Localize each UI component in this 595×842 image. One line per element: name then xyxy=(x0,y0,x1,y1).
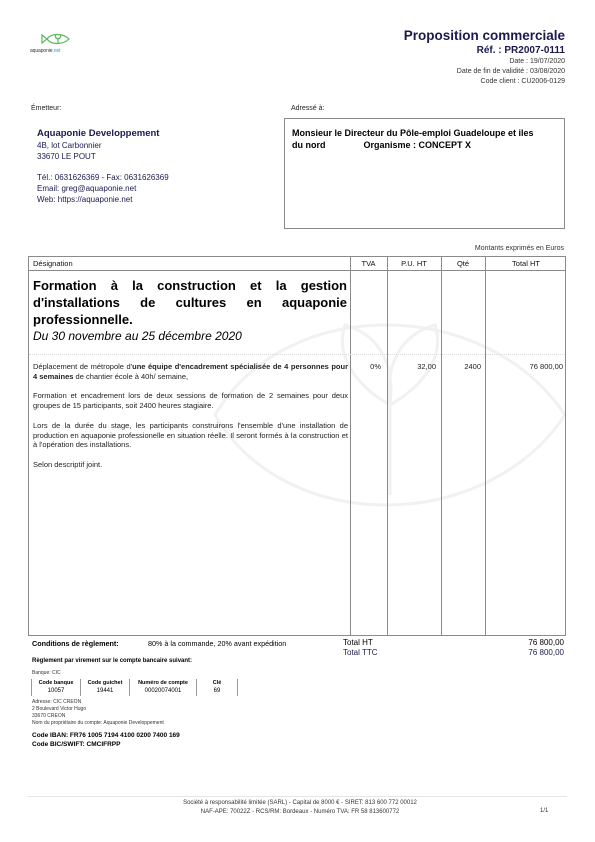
logo-text: aquaponie.net xyxy=(30,48,60,54)
items-table: Désignation TVA P.U. HT Qté Total HT For… xyxy=(28,256,566,636)
item-qte: 2400 xyxy=(441,362,481,371)
currency-note: Montants exprimés en Euros xyxy=(475,245,564,252)
header-pu-ht: P.U. HT xyxy=(387,259,441,268)
item-pu-ht: 32,00 xyxy=(387,362,436,371)
document-reference: Réf. : PR2007-0111 xyxy=(404,44,565,57)
total-ht-label: Total HT xyxy=(343,638,373,648)
footer-line-2: NAF-APE: 70022Z - RCS/RM: Bordeaux - Num… xyxy=(100,808,500,817)
header-total-ht: Total HT xyxy=(485,259,567,268)
header-qte: Qté xyxy=(441,259,485,268)
column-divider xyxy=(387,257,388,635)
recipient-line-1: Monsieur le Directeur du Pôle-emploi Gua… xyxy=(292,127,557,139)
footer: Société à responsabilité limitée (SARL) … xyxy=(100,799,500,816)
client-code: Code client : CU2006-0129 xyxy=(404,77,565,87)
sender-web: Web: https://aquaponie.net xyxy=(37,194,169,205)
validity-date: Date de fin de validité : 03/08/2020 xyxy=(404,67,565,77)
recipient-line-2: du nord xyxy=(292,140,326,150)
document-date: Date : 19/07/2020 xyxy=(404,57,565,67)
header-designation: Désignation xyxy=(33,259,73,268)
sender-phone: Tél.: 0631626369 - Fax: 0631626369 xyxy=(37,172,169,183)
bic: Code BIC/SWIFT: CMCIFRPP xyxy=(32,740,180,749)
conditions-label: Conditions de règlement: xyxy=(32,639,148,648)
iban: Code IBAN: FR76 1005 7194 4100 0200 7400… xyxy=(32,731,180,740)
row-separator xyxy=(29,354,565,355)
fish-logo-icon xyxy=(41,32,71,46)
sender-label: Émetteur: xyxy=(31,105,61,112)
company-logo: aquaponie.net xyxy=(30,30,78,58)
sender-block: Aquaponie Developpement 4B, lot Carbonni… xyxy=(37,128,169,205)
bank-address: Adresse: CIC CREON 2 Boulevard Victor Hu… xyxy=(32,699,164,727)
sender-address-1: 4B, lot Carbonnier xyxy=(37,140,169,151)
total-ttc-label: Total TTC xyxy=(343,648,378,658)
footer-line-1: Société à responsabilité limitée (SARL) … xyxy=(100,799,500,808)
bank-details-table: Code banque10057 Code guichet19441 Numér… xyxy=(31,679,238,696)
header-tva: TVA xyxy=(350,259,387,268)
document-title: Proposition commerciale xyxy=(404,28,565,44)
bank-name: Banque: CIC xyxy=(32,670,61,676)
sender-address-2: 33670 LE POUT xyxy=(37,151,169,162)
sender-name: Aquaponie Developpement xyxy=(37,128,169,140)
totals: Total HT76 800,00 Total TTC76 800,00 xyxy=(343,638,564,658)
item-tva: 0% xyxy=(350,362,381,371)
item-title: Formation à la construction et la gestio… xyxy=(33,277,347,328)
item-dates: Du 30 novembre au 25 décembre 2020 xyxy=(33,329,242,344)
item-description: Déplacement de métropole d'une équipe d'… xyxy=(33,362,348,480)
page-number: 1/1 xyxy=(540,808,548,814)
recipient-organisme: Organisme : CONCEPT X xyxy=(364,140,472,150)
conditions-value: 80% à la commande, 20% avant expédition xyxy=(148,639,286,648)
recipient-label: Adressé à: xyxy=(291,105,324,112)
transfer-label: Règlement par virement sur le compte ban… xyxy=(32,658,192,664)
table-header: Désignation TVA P.U. HT Qté Total HT xyxy=(29,257,565,271)
sender-email: Email: greg@aquaponie.net xyxy=(37,183,169,194)
total-ht-value: 76 800,00 xyxy=(528,638,564,648)
footer-divider xyxy=(28,796,567,797)
total-ttc-value: 76 800,00 xyxy=(528,648,564,658)
column-divider xyxy=(441,257,442,635)
recipient-box: Monsieur le Directeur du Pôle-emploi Gua… xyxy=(284,118,565,229)
item-total-ht: 76 800,00 xyxy=(485,362,563,371)
column-divider xyxy=(350,257,351,635)
payment-conditions: Conditions de règlement:80% à la command… xyxy=(32,639,286,648)
bank-codes: Code IBAN: FR76 1005 7194 4100 0200 7400… xyxy=(32,731,180,749)
column-divider xyxy=(485,257,486,635)
document-header: Proposition commerciale Réf. : PR2007-01… xyxy=(404,28,565,87)
